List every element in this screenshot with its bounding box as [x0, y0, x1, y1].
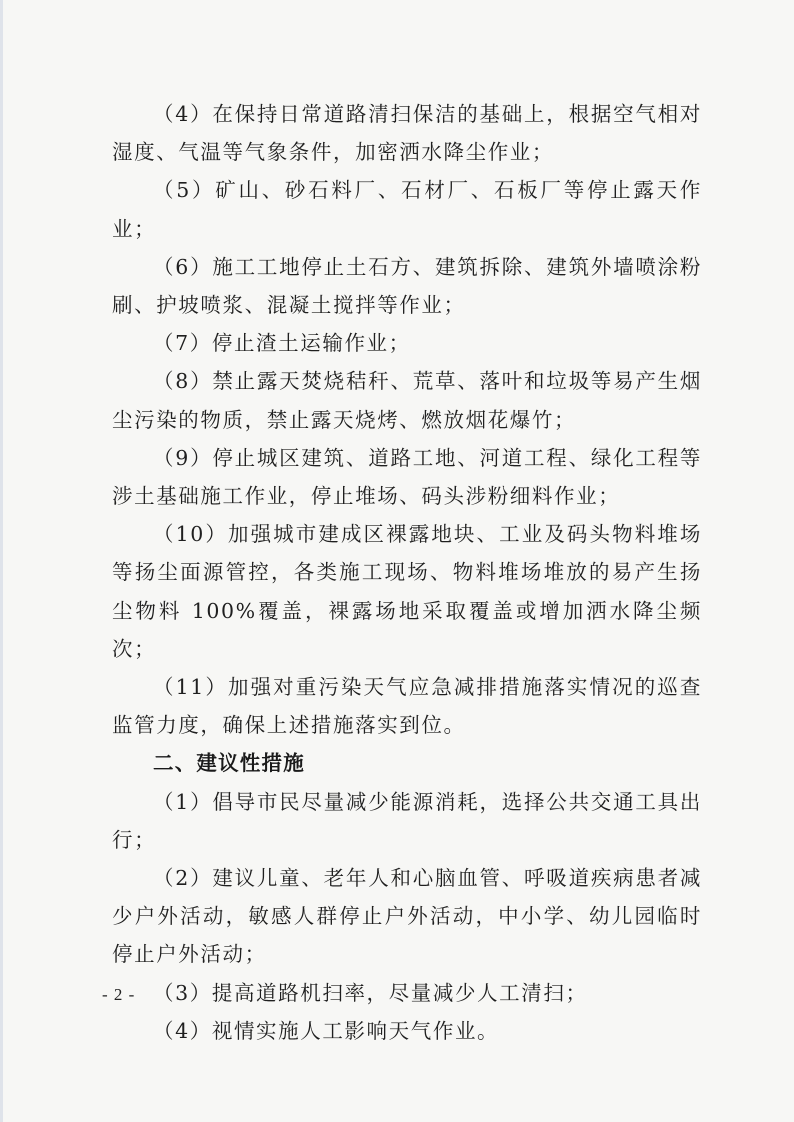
measure-item-7: （7）停止渣土运输作业；	[112, 324, 702, 362]
document-page: （4）在保持日常道路清扫保洁的基础上，根据空气相对湿度、气温等气象条件，加密洒水…	[112, 95, 702, 1050]
page-number: - 2 -	[102, 985, 135, 1005]
measure-item-10: （10）加强城市建成区裸露地块、工业及码头物料堆场等扬尘面源管控，各类施工现场、…	[112, 515, 702, 668]
measure-item-5: （5）矿山、砂石料厂、石材厂、石板厂等停止露天作业；	[112, 171, 702, 247]
suggestion-item-1: （1）倡导市民尽量减少能源消耗，选择公共交通工具出行；	[112, 783, 702, 859]
section-heading-suggested-measures: 二、建议性措施	[112, 744, 702, 782]
measure-item-4: （4）在保持日常道路清扫保洁的基础上，根据空气相对湿度、气温等气象条件，加密洒水…	[112, 95, 702, 171]
measure-item-9: （9）停止城区建筑、道路工地、河道工程、绿化工程等涉土基础施工作业，停止堆场、码…	[112, 439, 702, 515]
measure-item-11: （11）加强对重污染天气应急减排措施落实情况的巡查监管力度，确保上述措施落实到位…	[112, 668, 702, 744]
measure-item-6: （6）施工工地停止土石方、建筑拆除、建筑外墙喷涂粉刷、护坡喷浆、混凝土搅拌等作业…	[112, 248, 702, 324]
scan-left-edge	[0, 0, 3, 1122]
measure-item-8: （8）禁止露天焚烧秸秆、荒草、落叶和垃圾等易产生烟尘污染的物质，禁止露天烧烤、燃…	[112, 362, 702, 438]
suggestion-item-3: （3）提高道路机扫率，尽量减少人工清扫；	[112, 974, 702, 1012]
suggestion-item-2: （2）建议儿童、老年人和心脑血管、呼吸道疾病患者减少户外活动，敏感人群停止户外活…	[112, 859, 702, 974]
suggestion-item-4: （4）视情实施人工影响天气作业。	[112, 1012, 702, 1050]
